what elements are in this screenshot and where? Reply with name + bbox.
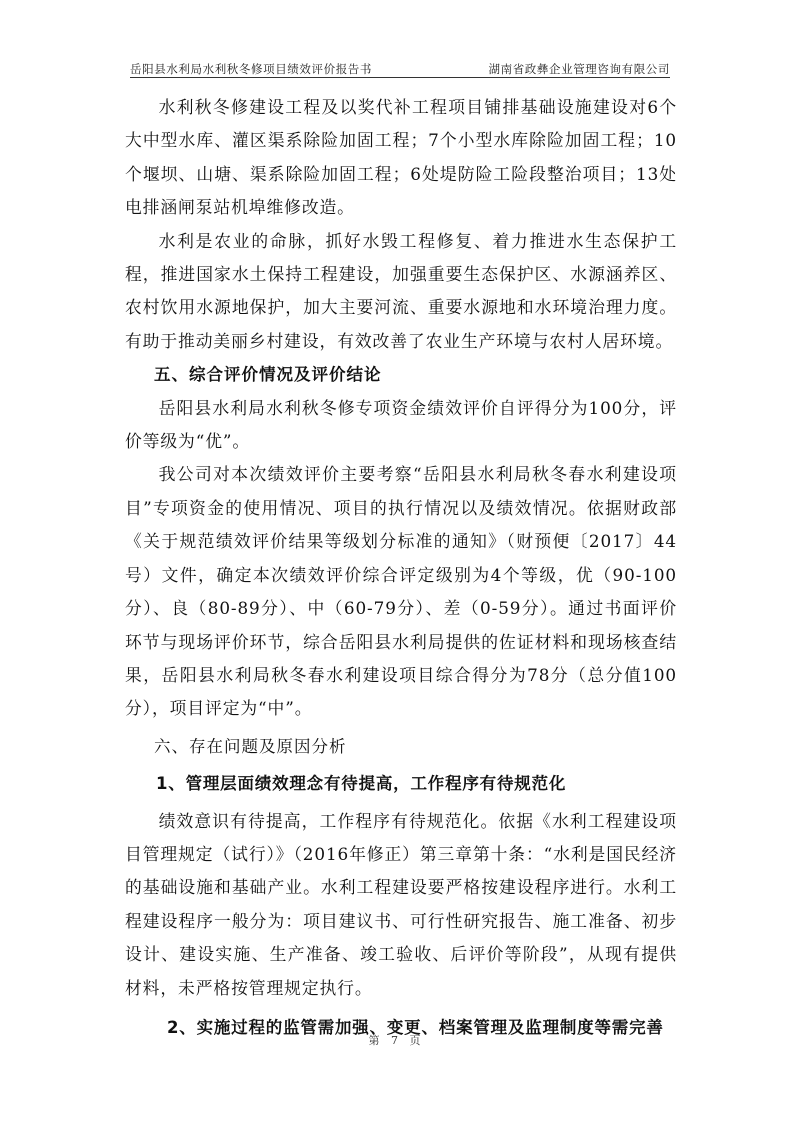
paragraph-management-performance: 绩效意识有待提高，工作程序有待规范化。依据《水利工程建设项目管理规定（试行）》（…: [125, 805, 677, 1005]
page-number: 第 7 页: [0, 1032, 793, 1048]
section-heading-problems-analysis: 六、存在问题及原因分析: [125, 730, 677, 763]
header-report-title: 岳阳县水利局水利秋冬修项目绩效评价报告书: [130, 62, 372, 77]
header-company-name: 湖南省政彝企业管理咨询有限公司: [489, 62, 671, 77]
paragraph-self-evaluation: 岳阳县水利局水利秋冬修专项资金绩效评价自评得分为100分，评价等级为“优”。: [125, 392, 677, 459]
paragraph-project-scope: 水利秋冬修建设工程及以奖代补工程项目铺排基础设施建设对6个大中型水库、灌区渠系除…: [125, 91, 677, 225]
page-header: 岳阳县水利局水利秋冬修项目绩效评价报告书 湖南省政彝企业管理咨询有限公司: [130, 60, 670, 78]
paragraph-company-evaluation: 我公司对本次绩效评价主要考察“岳阳县水利局秋冬春水利建设项目”专项资金的使用情况…: [125, 458, 677, 725]
paragraph-water-importance: 水利是农业的命脉，抓好水毁工程修复、着力推进水生态保护工程，推进国家水土保持工程…: [125, 225, 677, 359]
section-heading-evaluation-conclusion: 五、综合评价情况及评价结论: [125, 358, 677, 391]
document-body: 水利秋冬修建设工程及以奖代补工程项目铺排基础设施建设对6个大中型水库、灌区渠系除…: [125, 91, 677, 1044]
subheading-management-performance: 1、管理层面绩效理念有待提高，工作程序有待规范化: [125, 767, 677, 800]
